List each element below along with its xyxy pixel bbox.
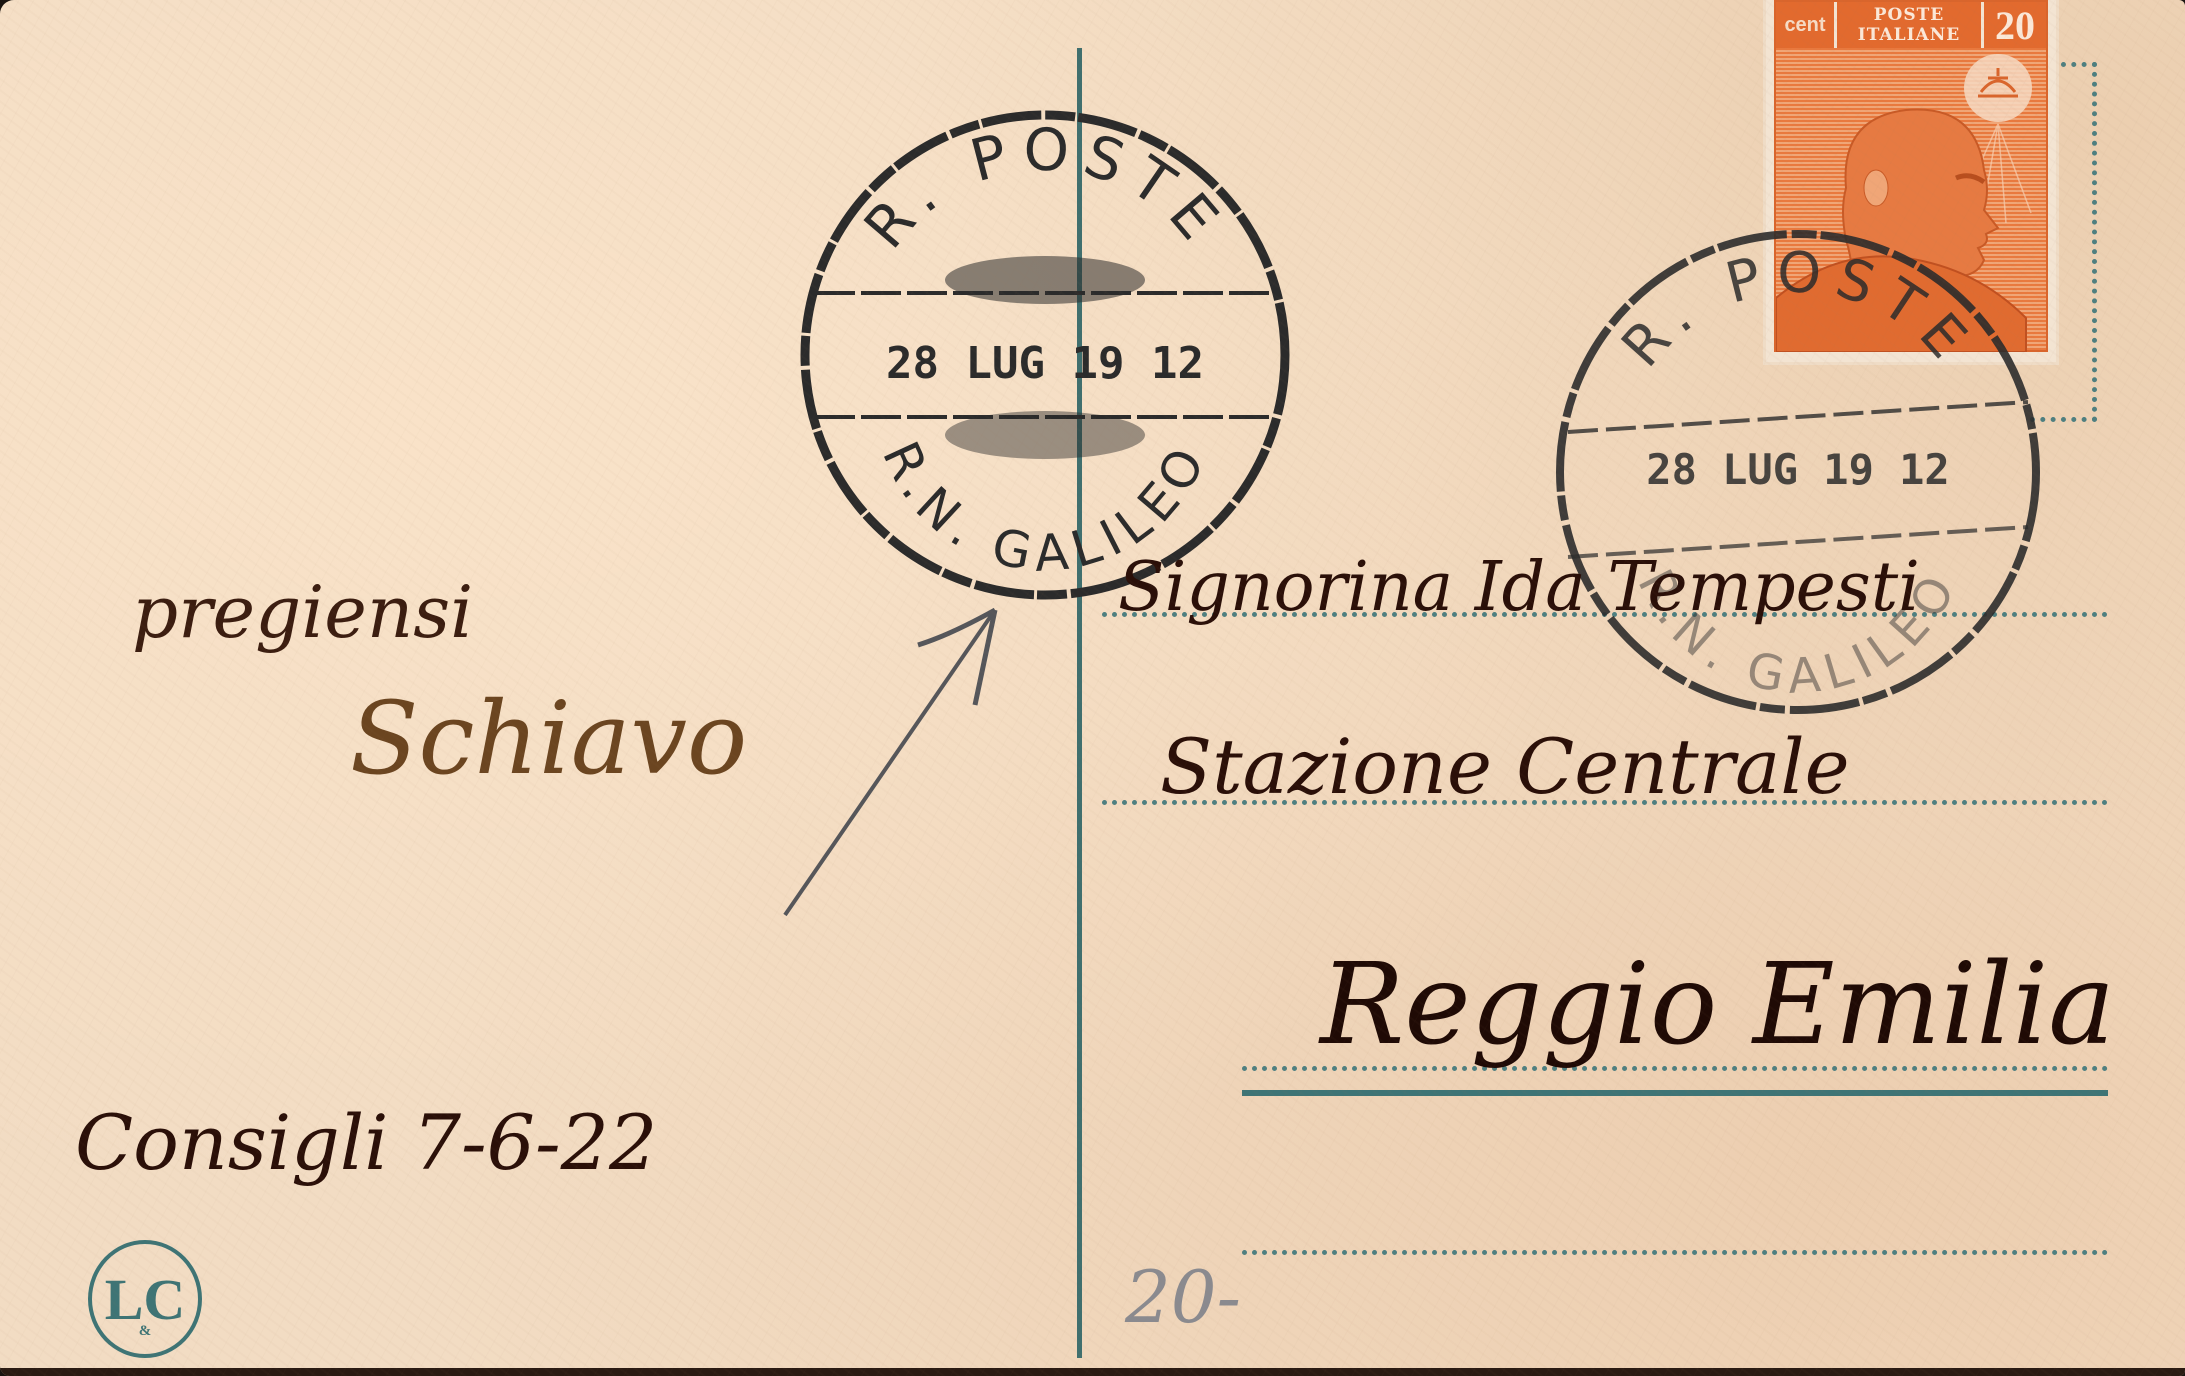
recipient-city: Reggio Emilia	[1320, 940, 2115, 1070]
pencil-arrow-icon	[780, 590, 1020, 930]
publisher-logo: LC &	[88, 1240, 202, 1358]
postmark-right: R. POSTE 28 LUG 19 12 R.N. GALILEO	[1548, 222, 2048, 722]
stamp-value: 20	[1984, 2, 2046, 48]
greeting-text: pregiensi	[132, 570, 473, 654]
card-bottom-edge	[0, 1368, 2185, 1376]
svg-text:28 LUG 19 12: 28 LUG 19 12	[1646, 445, 1949, 494]
signature-text: Schiavo	[350, 680, 747, 797]
postcard: cent POSTE ITALIANE 20	[0, 0, 2185, 1376]
postmark-left: R. POSTE 28 LUG 19 12 R.N. GALILEO	[795, 100, 1295, 610]
recipient-street: Stazione Centrale	[1160, 722, 1850, 811]
svg-text:R. POSTE: R. POSTE	[1610, 240, 1987, 379]
stamp-denomination: cent	[1776, 2, 1837, 48]
svg-text:28 LUG 19 12: 28 LUG 19 12	[886, 338, 1204, 389]
stamp-country: POSTE ITALIANE	[1837, 2, 1984, 48]
address-line-4	[1242, 1250, 2108, 1255]
recipient-name: Signorina Ida Tempesti	[1118, 548, 1920, 627]
svg-text:R. POSTE: R. POSTE	[851, 115, 1239, 261]
pencil-price-note: 20-	[1125, 1255, 1241, 1339]
place-date-text: Consigli 7-6-22	[75, 1098, 657, 1187]
address-underline	[1242, 1090, 2108, 1096]
